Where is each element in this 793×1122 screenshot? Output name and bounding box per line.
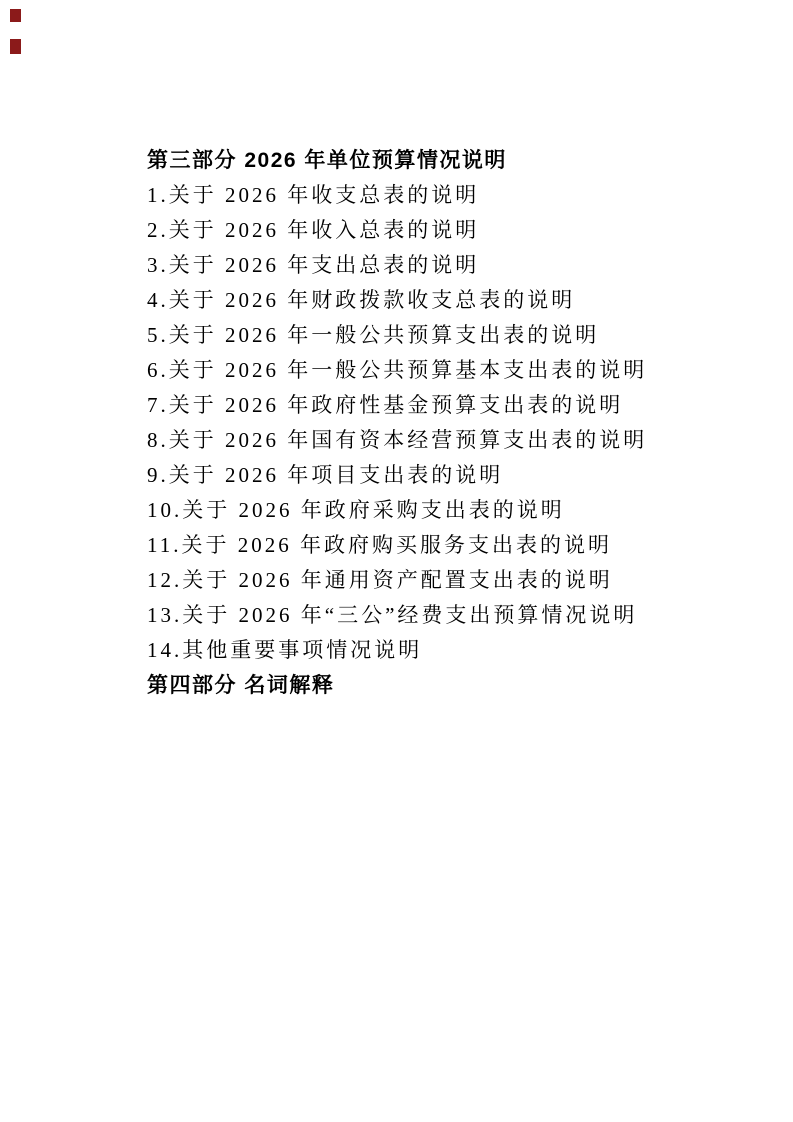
- toc-item-5: 5.关于 2026 年一般公共预算支出表的说明: [147, 318, 707, 353]
- toc-item-13: 13.关于 2026 年“三公”经费支出预算情况说明: [147, 598, 707, 633]
- toc-item-10: 10.关于 2026 年政府采购支出表的说明: [147, 493, 707, 528]
- section-4-heading: 第四部分 名词解释: [147, 668, 707, 703]
- toc-item-2: 2.关于 2026 年收入总表的说明: [147, 213, 707, 248]
- toc-item-3: 3.关于 2026 年支出总表的说明: [147, 248, 707, 283]
- document-page: 第三部分 2026 年单位预算情况说明 1.关于 2026 年收支总表的说明 2…: [0, 0, 793, 1122]
- red-artifact-mark-top: [10, 9, 21, 22]
- toc-item-6: 6.关于 2026 年一般公共预算基本支出表的说明: [147, 353, 707, 388]
- toc-item-4: 4.关于 2026 年财政拨款收支总表的说明: [147, 283, 707, 318]
- toc-item-7: 7.关于 2026 年政府性基金预算支出表的说明: [147, 388, 707, 423]
- toc-item-8: 8.关于 2026 年国有资本经营预算支出表的说明: [147, 423, 707, 458]
- toc-item-1: 1.关于 2026 年收支总表的说明: [147, 178, 707, 213]
- red-artifact-mark-bottom: [10, 39, 21, 54]
- table-of-contents: 第三部分 2026 年单位预算情况说明 1.关于 2026 年收支总表的说明 2…: [147, 143, 707, 703]
- toc-item-11: 11.关于 2026 年政府购买服务支出表的说明: [147, 528, 707, 563]
- section-3-heading: 第三部分 2026 年单位预算情况说明: [147, 143, 707, 178]
- toc-item-9: 9.关于 2026 年项目支出表的说明: [147, 458, 707, 493]
- toc-item-12: 12.关于 2026 年通用资产配置支出表的说明: [147, 563, 707, 598]
- toc-item-14: 14.其他重要事项情况说明: [147, 633, 707, 668]
